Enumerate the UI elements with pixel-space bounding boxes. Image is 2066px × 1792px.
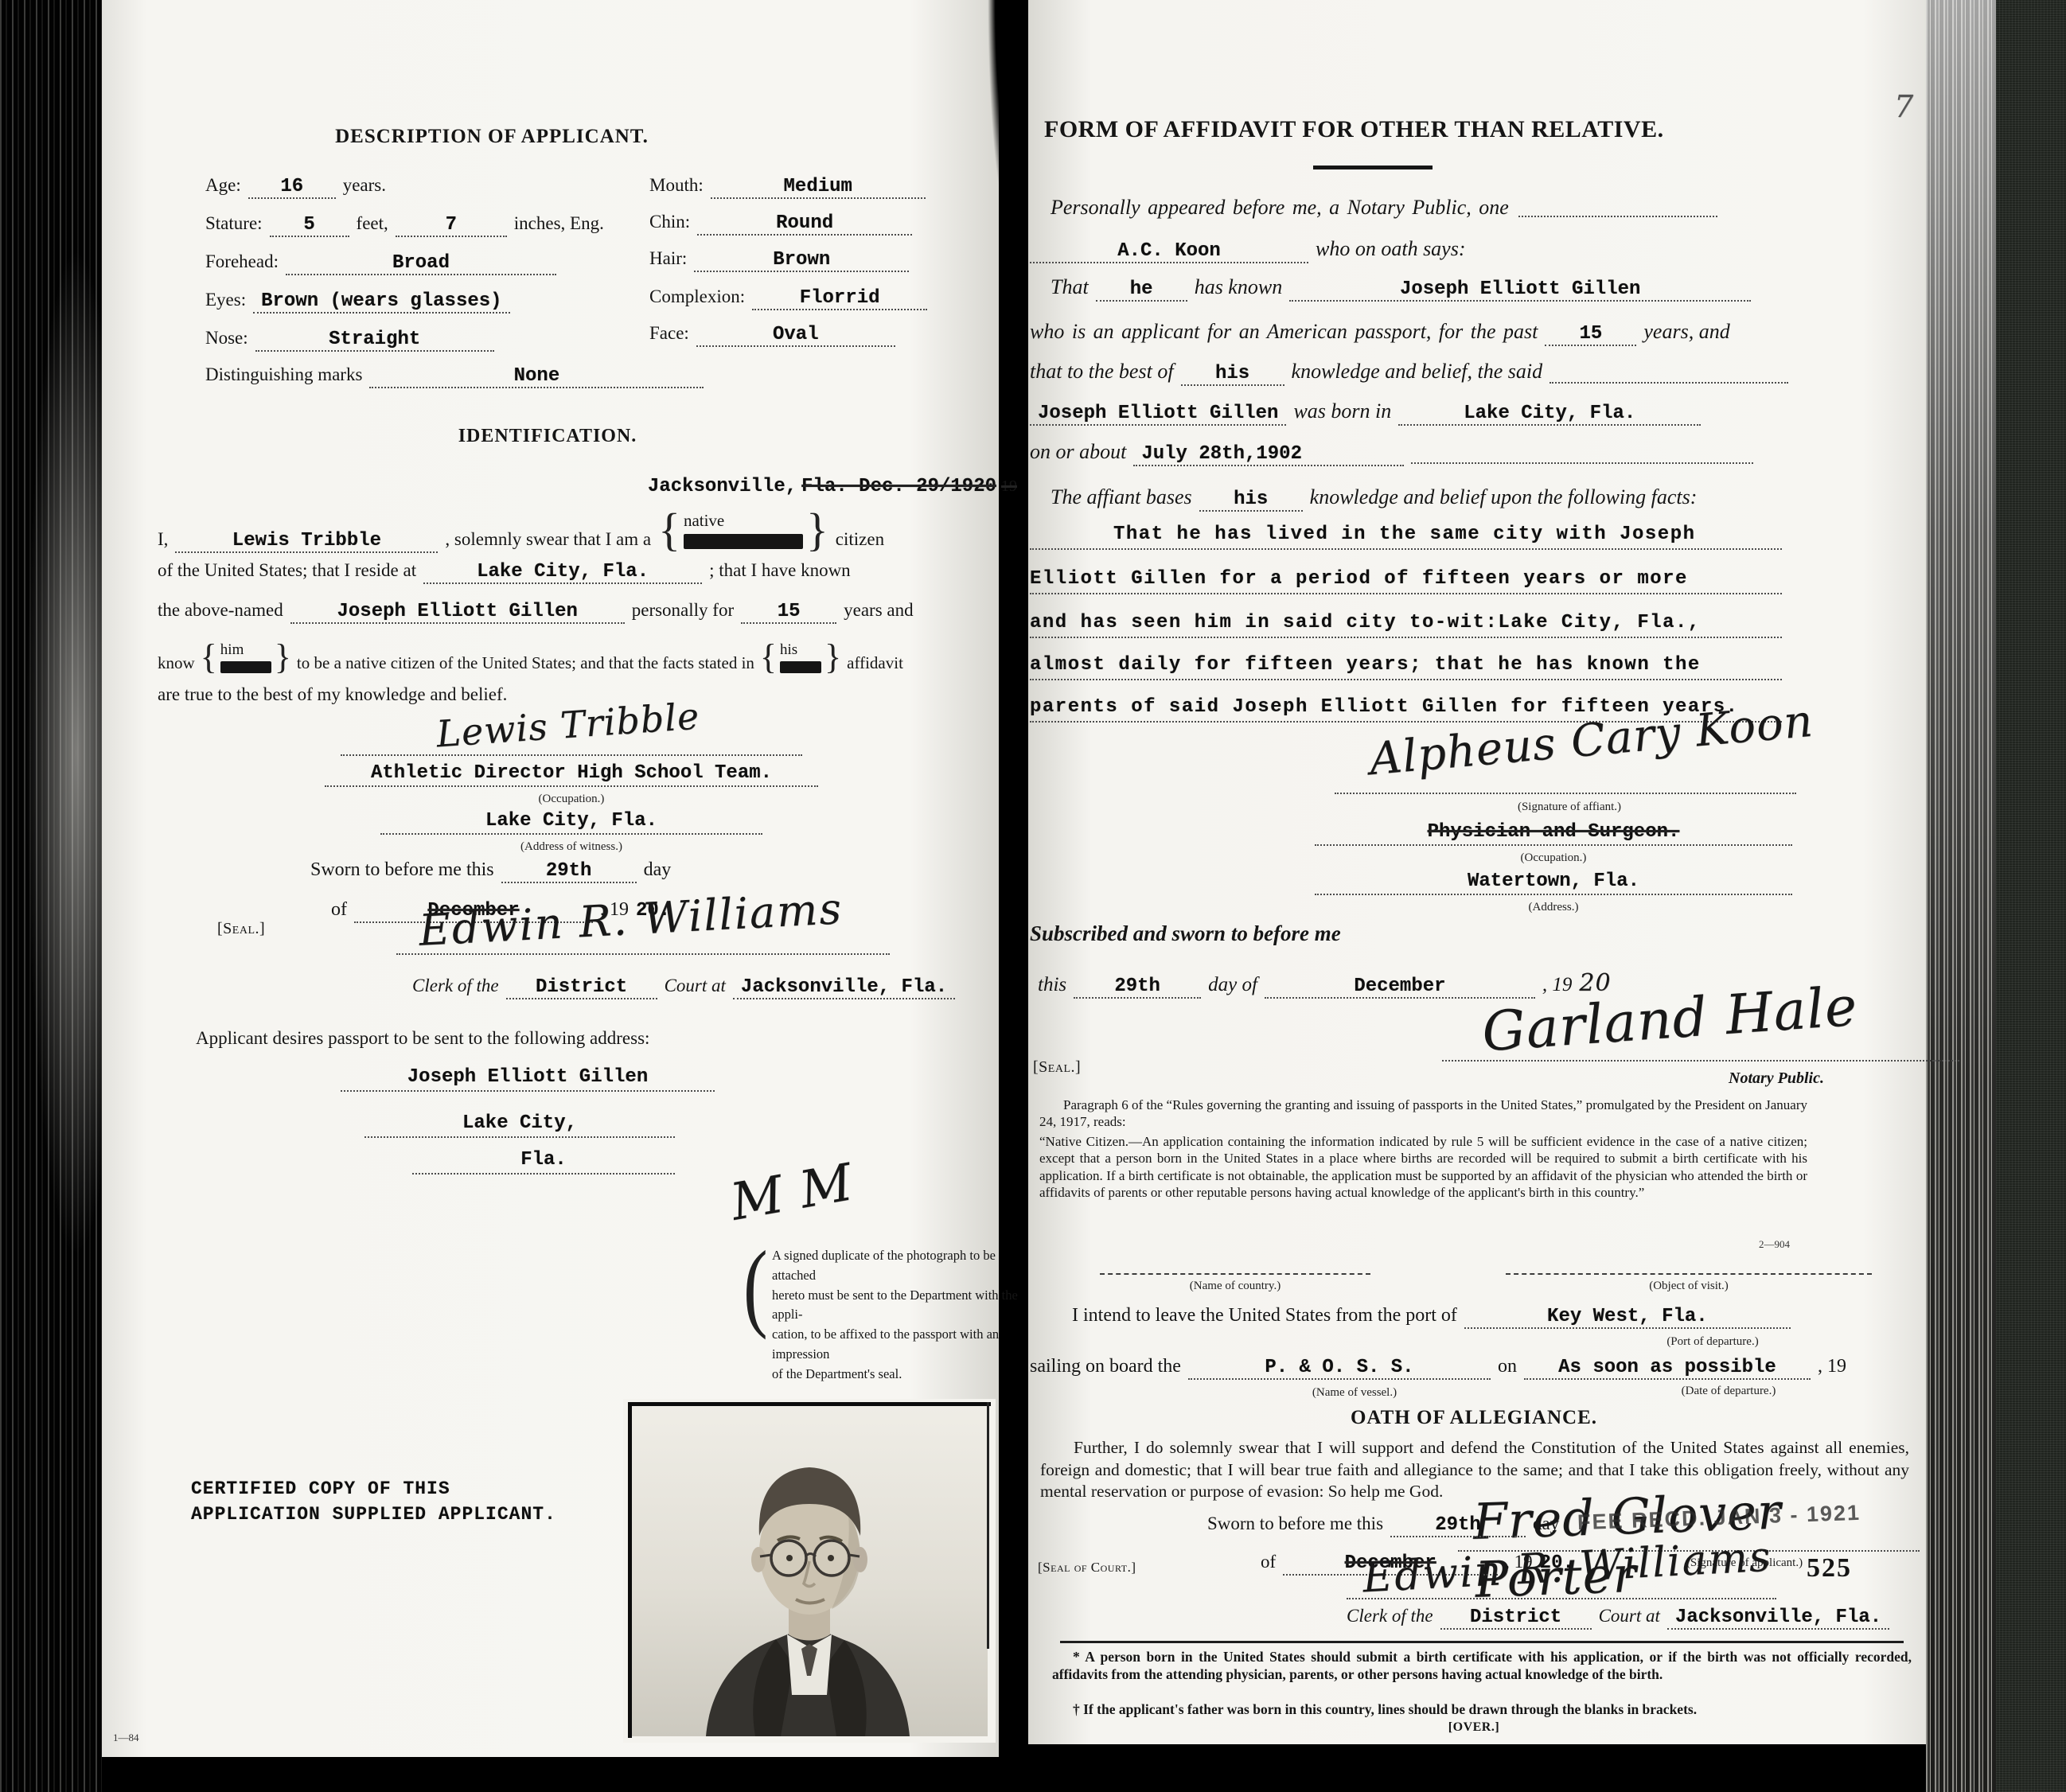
blank-line xyxy=(1518,212,1717,217)
applicant-photo xyxy=(623,1399,996,1743)
clerk-signature: Edwin R. Williams xyxy=(418,883,844,956)
right-brace: } xyxy=(806,509,828,551)
nose-value: Straight xyxy=(255,329,494,352)
sworn-post: day xyxy=(644,859,672,881)
photo-note-l1: A signed duplicate of the photograph to … xyxy=(772,1246,1027,1286)
applicant-photo-image xyxy=(623,1399,996,1743)
eyes-label: Eyes: xyxy=(205,290,246,310)
best-of-pre: that to the best of xyxy=(1030,360,1174,384)
years-known: 15 xyxy=(741,601,836,624)
hair-value: Brown xyxy=(694,249,909,272)
feet-word: feet, xyxy=(357,213,388,234)
affiant-address-caption: (Address.) xyxy=(1315,901,1792,914)
applicant-name: Joseph Elliott Gillen xyxy=(290,601,625,624)
final-of-word: of xyxy=(1261,1552,1276,1572)
country-blank-line xyxy=(1100,1273,1370,1275)
appeared-line: Personally appeared before me, a Notary … xyxy=(1051,196,1509,220)
occupation-caption: (Occupation.) xyxy=(325,793,818,806)
paragraph6-intro: Paragraph 6 of the “Rules governing the … xyxy=(1039,1097,1807,1131)
born-in: was born in xyxy=(1293,399,1391,423)
oath-heading: OATH OF ALLEGIANCE. xyxy=(1227,1407,1721,1429)
certified-copy-line1: CERTIFIED COPY OF THIS xyxy=(191,1478,450,1499)
final-court-type: District xyxy=(1440,1607,1592,1630)
pronoun-his: his xyxy=(1181,363,1284,386)
final-sworn-pre: Sworn to before me this xyxy=(1207,1513,1383,1534)
application-number: 525 xyxy=(1807,1553,1852,1584)
complexion-label: Complexion: xyxy=(649,286,745,307)
seal-note: [Seal.] xyxy=(1033,1058,1081,1077)
final-sworn-post: day xyxy=(1533,1513,1559,1534)
witness-occupation: Athletic Director High School Team. xyxy=(325,762,818,787)
title-rule xyxy=(1313,166,1433,169)
best-of-post: knowledge and belief, the said xyxy=(1292,360,1543,384)
page-number: 7 xyxy=(1894,89,1914,124)
departure-year-printed: , 19 xyxy=(1818,1356,1846,1377)
blank-line xyxy=(1549,378,1788,384)
departure-date-caption: (Date of departure.) xyxy=(1585,1385,1872,1398)
country-caption: (Name of country.) xyxy=(1100,1280,1370,1293)
footnote-divider xyxy=(1060,1641,1904,1643)
applicant-name: Joseph Elliott Gillen xyxy=(1289,279,1751,302)
send-address-line2: Lake City, xyxy=(364,1112,675,1138)
send-address-line1: Joseph Elliott Gillen xyxy=(341,1066,715,1092)
affiant-signature-caption: (Signature of affiant.) xyxy=(1362,801,1776,814)
complexion-value: Florrid xyxy=(752,287,927,310)
applicant-line-post: years, and xyxy=(1643,320,1729,344)
printers-mark-right: 2—904 xyxy=(1759,1238,1790,1251)
oath-says: who on oath says: xyxy=(1316,237,1466,261)
citizen-word: citizen xyxy=(836,529,884,550)
marks-value: None xyxy=(369,365,704,388)
photo-note: A signed duplicate of the photograph to … xyxy=(772,1246,1027,1384)
birthplace-value: Lake City, Fla. xyxy=(1398,403,1701,426)
line3-mid: personally for xyxy=(632,600,734,621)
line4-mid: to be a native citizen of the United Sta… xyxy=(297,653,754,673)
photo-note-paren: ( xyxy=(743,1241,768,1330)
stature-label: Stature: xyxy=(205,213,263,234)
line2-pre: of the United States; that I reside at xyxy=(158,560,416,581)
seal-of-court-note: [Seal of Court.] xyxy=(1038,1560,1136,1576)
mouth-label: Mouth: xyxy=(649,175,704,196)
this-word: this xyxy=(1038,974,1066,996)
identification-heading: IDENTIFICATION. xyxy=(301,426,794,447)
departure-date-value: As soon as possible xyxy=(1524,1357,1811,1380)
affiant-address: Watertown, Fla. xyxy=(1315,871,1792,895)
forehead-label: Forehead: xyxy=(205,251,279,272)
left-brace: { xyxy=(201,641,217,673)
final-sworn-day: 29th xyxy=(1390,1514,1526,1537)
sworn-day-value: 29th xyxy=(501,860,637,883)
i-word: I, xyxy=(158,529,168,550)
chin-value: Round xyxy=(697,212,912,236)
nose-label: Nose: xyxy=(205,328,248,349)
photo-note-l4: of the Department's seal. xyxy=(772,1365,1027,1385)
forehead-value: Broad xyxy=(286,252,556,275)
age-label: Age: xyxy=(205,175,241,196)
sub-year-printed: , 19 xyxy=(1542,974,1573,996)
day-of: day of xyxy=(1208,974,1257,996)
bases-post: knowledge and belief upon the following … xyxy=(1310,485,1698,509)
object-caption: (Object of visit.) xyxy=(1506,1280,1872,1293)
on-word: on xyxy=(1498,1356,1517,1377)
right-brace: } xyxy=(824,641,841,673)
birthdate-value: July 28th,1902 xyxy=(1133,443,1404,466)
printers-mark: 1—84 xyxy=(113,1732,139,1744)
clerk-of-the: Clerk of the xyxy=(412,976,499,996)
affiant-signature-line xyxy=(1335,793,1796,794)
face-value: Oval xyxy=(696,324,895,347)
over-note: [OVER.] xyxy=(1347,1720,1601,1735)
his-option: his xyxy=(780,641,797,659)
witness-address-caption: (Address of witness.) xyxy=(380,840,762,854)
age-suffix: years. xyxy=(343,175,386,196)
blank-line xyxy=(1411,458,1753,464)
book-right-page-edges xyxy=(1926,0,1996,1792)
vessel-pre: sailing on board the xyxy=(1030,1356,1181,1377)
description-title: DESCRIPTION OF APPLICANT. xyxy=(221,126,762,148)
vessel-caption: (Name of vessel.) xyxy=(1211,1386,1498,1400)
years-value: 15 xyxy=(1545,323,1636,346)
clerk-signature-line xyxy=(396,953,890,955)
footnote-1: * A person born in the United States sho… xyxy=(1052,1649,1912,1684)
line5: are true to the best of my knowledge and… xyxy=(158,684,507,705)
witness-residence: Lake City, Fla. xyxy=(423,561,702,584)
sub-day-value: 29th xyxy=(1074,976,1201,999)
vessel-value: P. & O. S. S. xyxy=(1188,1357,1491,1380)
fact-line-3: and has seen him in said city to-wit:Lak… xyxy=(1030,612,1782,638)
age-value: 16 xyxy=(248,176,336,199)
book-cover-cloth xyxy=(1996,0,2066,1792)
book-left-page-edges xyxy=(0,0,102,1792)
line3-post: years and xyxy=(844,600,914,621)
final-court-place: Jacksonville, Fla. xyxy=(1667,1607,1889,1630)
chin-label: Chin: xyxy=(649,212,690,232)
right-brace: } xyxy=(275,641,291,673)
send-address-heading: Applicant desires passport to be sent to… xyxy=(196,1028,649,1049)
pronoun-he: he xyxy=(1096,279,1187,302)
her-option-redacted xyxy=(220,661,271,673)
certified-copy-line2: APPLICATION SUPPLIED APPLICANT. xyxy=(191,1504,556,1525)
fact-line-1: That he has lived in the same city with … xyxy=(1030,524,1782,550)
final-court-at: Court at xyxy=(1599,1606,1660,1626)
witness-address: Lake City, Fla. xyxy=(380,810,762,835)
photo-note-l3: cation, to be affixed to the passport wi… xyxy=(772,1325,1027,1365)
witness-signature-line xyxy=(341,754,802,756)
on-or-about: on or about xyxy=(1030,440,1126,464)
has-known: has known xyxy=(1195,275,1283,299)
that-word: That xyxy=(1051,275,1089,299)
applicant-line-pre: who is an applicant for an American pass… xyxy=(1030,320,1538,344)
notary-public-caption: Notary Public. xyxy=(1729,1069,1824,1088)
court-place: Jacksonville, Fla. xyxy=(733,976,955,999)
eyes-value: Brown (wears glasses) xyxy=(253,290,509,314)
subscribed-line: Subscribed and sworn to before me xyxy=(1030,921,1341,946)
affidavit-title: FORM OF AFFIDAVIT FOR OTHER THAN RELATIV… xyxy=(1044,116,1792,143)
dateline-printed-year: 19 xyxy=(1001,477,1017,496)
her-option-redacted xyxy=(780,661,821,673)
affiant-occupation: Physician and Surgeon. xyxy=(1315,821,1792,846)
paragraph6-body: “Native Citizen.—An application containi… xyxy=(1039,1133,1807,1201)
port-pre: I intend to leave the United States from… xyxy=(1072,1305,1457,1326)
him-her-bracket: { him } xyxy=(201,641,291,673)
notary-signature-line xyxy=(1442,1060,1959,1062)
object-blank-line xyxy=(1506,1273,1872,1275)
naturalized-option-redacted xyxy=(684,534,803,549)
marks-label: Distinguishing marks xyxy=(205,364,362,385)
scanned-passport-application: { "left_page": { "title": "DESCRIPTION O… xyxy=(0,0,2066,1792)
left-brace: { xyxy=(760,641,777,673)
pronoun-his-2: his xyxy=(1199,489,1303,512)
port-value: Key West, Fla. xyxy=(1464,1306,1791,1329)
affiant-name: A.C. Koon xyxy=(1030,240,1308,263)
native-option: native xyxy=(684,511,724,531)
applicant-name-2: Joseph Elliott Gillen xyxy=(1030,403,1286,426)
sub-month-value: December xyxy=(1265,976,1535,999)
final-clerk-of-the: Clerk of the xyxy=(1347,1606,1433,1626)
line2-post: ; that I have known xyxy=(709,560,851,581)
monogram-mark: M M xyxy=(727,1153,858,1233)
fact-line-4: almost daily for fifteen years; that he … xyxy=(1030,654,1782,680)
stature-feet-value: 5 xyxy=(270,214,349,237)
left-page: DESCRIPTION OF APPLICANT. Age: 16 years.… xyxy=(102,0,999,1757)
dateline-struck: Fla. Dec. 29/1920 xyxy=(801,476,996,497)
fact-line-2: Elliott Gillen for a period of fifteen y… xyxy=(1030,568,1782,594)
of-word: of xyxy=(331,899,347,921)
affiant-occupation-caption: (Occupation.) xyxy=(1315,851,1792,865)
bases-pre: The affiant bases xyxy=(1051,485,1192,509)
line1-text: , solemnly swear that I am a xyxy=(445,529,651,550)
stature-inches-value: 7 xyxy=(396,214,507,237)
photo-note-l2: hereto must be sent to the Department wi… xyxy=(772,1286,1027,1326)
port-caption: (Port of departure.) xyxy=(1553,1335,1872,1349)
dateline-place: Jacksonville, xyxy=(648,476,797,497)
footnote-2: † If the applicant's father was born in … xyxy=(1052,1701,1912,1718)
line4-post: affidavit xyxy=(847,653,903,673)
line3-pre: the above-named xyxy=(158,600,283,621)
court-type: District xyxy=(506,976,657,999)
sworn-pre: Sworn to before me this xyxy=(310,859,494,881)
send-address-line3: Fla. xyxy=(412,1149,675,1175)
his-her-bracket: { his } xyxy=(760,641,841,673)
left-brace: { xyxy=(658,509,680,551)
right-page: 7 FORM OF AFFIDAVIT FOR OTHER THAN RELAT… xyxy=(1028,0,1926,1744)
face-label: Face: xyxy=(649,323,689,344)
final-clerk-signature-line xyxy=(1347,1598,1776,1599)
citizenship-bracket: { native } xyxy=(658,509,828,551)
mouth-value: Medium xyxy=(711,176,926,199)
seal-note: [Seal.] xyxy=(217,920,265,938)
witness-name: Lewis Tribble xyxy=(175,530,438,553)
know-word: know xyxy=(158,653,195,673)
him-option: him xyxy=(220,641,244,659)
inches-word: inches, Eng. xyxy=(514,213,604,234)
court-at: Court at xyxy=(665,976,726,996)
hair-label: Hair: xyxy=(649,248,687,269)
